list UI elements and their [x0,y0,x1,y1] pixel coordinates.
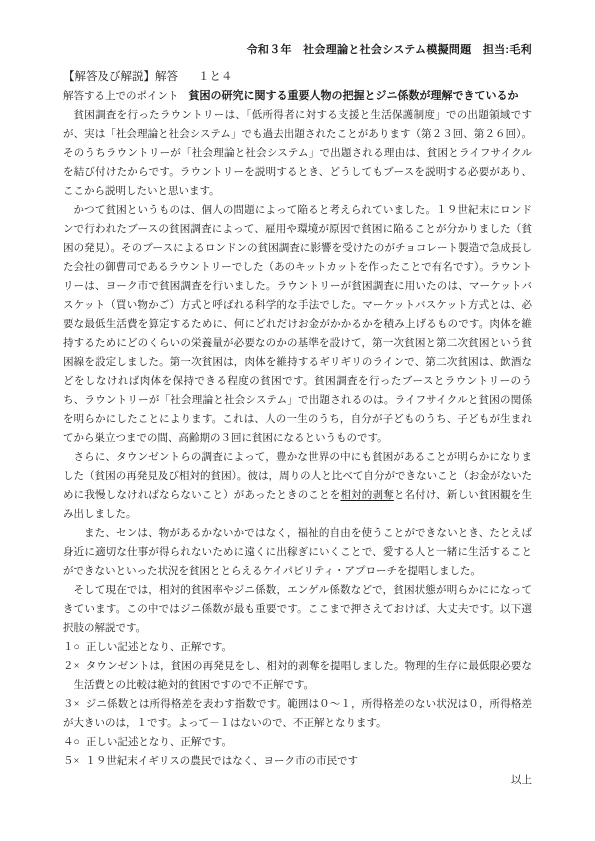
choice-4-marker: ４○ [63,737,80,748]
choice-1-marker: １○ [63,642,80,653]
choice-4-text: 正しい記述となり、正解です。 [86,737,232,748]
point-label: 解答する上でのポイント [63,91,179,102]
paragraph-sen: また、センは、物があるかないかではなく，福祉的自由を使うことができないとき、たと… [63,524,532,581]
choice-3-explanation: ３×ジニ係数とは所得格差を表わす指数です。範囲は０～１，所得格差のない状況は０，… [63,695,532,733]
choice-explanations: １○正しい記述となり、正解です。 ２×タウンゼントは，貧困の再発見をし、相対的剥… [63,638,532,771]
answer-line: 【解答及び解説】解答１と４ [63,68,532,87]
choice-5-marker: ５× [63,756,79,767]
choice-1-text: 正しい記述となり、正解です。 [86,642,232,653]
point-text: 貧困の研究に関する重要人物の把握とジニ係数が理解できているか [189,90,519,102]
relative-deprivation-term: 相対的剥奪 [340,490,393,501]
choice-1-explanation: １○正しい記述となり、正解です。 [63,638,532,657]
closing-ijou: 以上 [63,771,532,790]
paragraph-townsend: さらに、タウンゼントらの調査によって，豊かな世界の中にも貧困があることが明らかに… [63,448,532,524]
choice-5-explanation: ５×１９世紀末イギリスの農民ではなく、ヨーク市の市民です [63,752,532,771]
document-page: 令和３年 社会理論と社会システム模擬問題 担当:毛利 【解答及び解説】解答１と４… [0,0,595,841]
answer-value: １と４ [198,71,233,83]
paragraph-current-indicators: そして現在では，相対的貧困率やジニ係数，エンゲル係数などで，貧困状態が明らかにに… [63,581,532,638]
choice-2-text: タウンゼントは，貧困の再発見をし、相対的剥奪を提唱しました。物理的生存に最低限必… [74,661,533,691]
choice-3-marker: ３× [63,699,80,710]
choice-4-explanation: ４○正しい記述となり、正解です。 [63,733,532,752]
paragraph-booth-rowntree: かつて貧困というものは、個人の問題によって陥ると考えられていました。１９世紀末に… [63,201,532,448]
choice-3-text: ジニ係数とは所得格差を表わす指数です。範囲は０～１，所得格差のない状況は０，所得… [63,699,532,729]
paragraph-rowntree-intro: 貧困調査を行ったラウントリーは、「低所得者に対する支援と生活保護制度」での出題領… [63,106,532,201]
choice-5-text: １９世紀末イギリスの農民ではなく、ヨーク市の市民です [85,756,358,767]
document-title: 令和３年 社会理論と社会システム模擬問題 担当:毛利 [63,40,532,61]
point-line: 解答する上でのポイント貧困の研究に関する重要人物の把握とジニ係数が理解できている… [63,87,532,106]
choice-2-explanation: ２×タウンゼントは，貧困の再発見をし、相対的剥奪を提唱しました。物理的生存に最低… [63,657,532,695]
choice-2-marker: ２× [63,661,80,672]
answer-label: 【解答及び解説】解答 [63,71,178,83]
